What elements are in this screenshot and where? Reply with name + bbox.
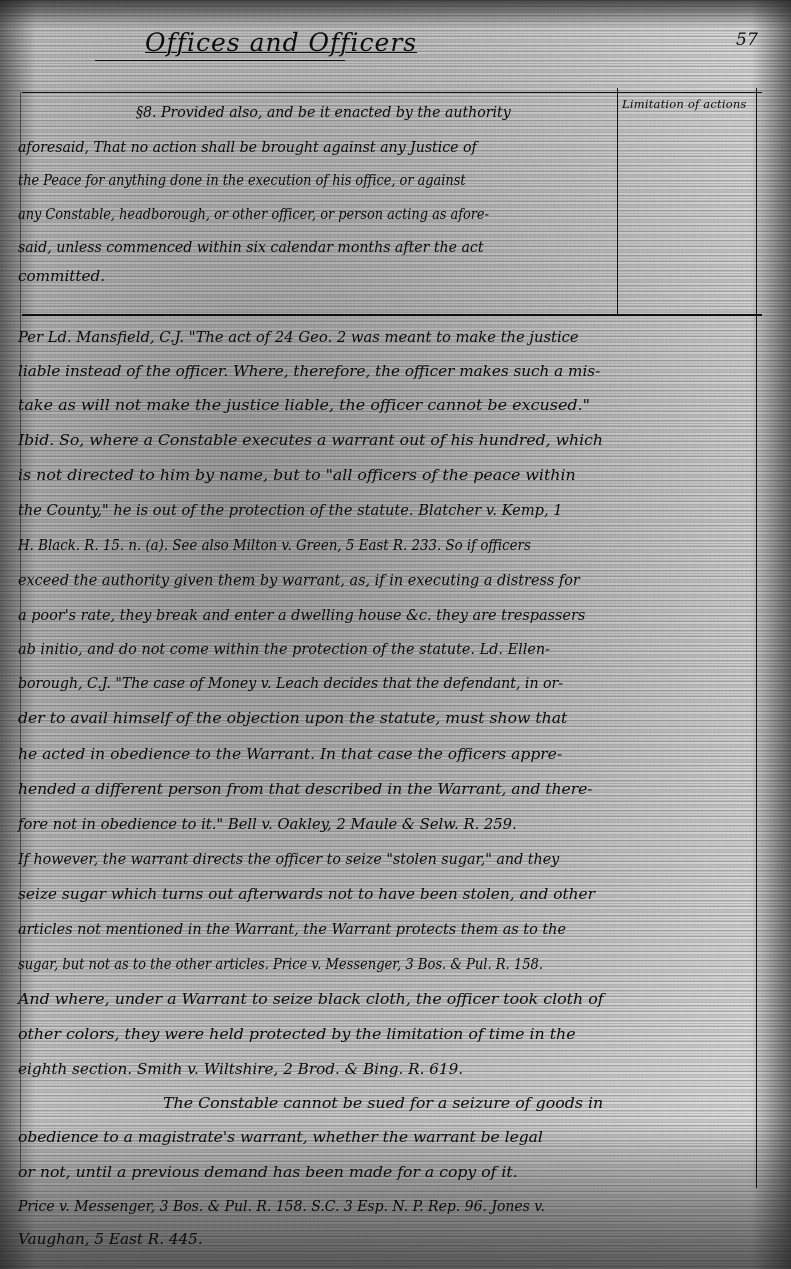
- commentary-line: Vaughan, 5 East R. 445.: [18, 1229, 203, 1249]
- statute-line: §8. Provided also, and be it enacted by …: [136, 102, 511, 122]
- commentary-line: borough, C.J. "The case of Money v. Leac…: [18, 673, 563, 693]
- top-rule: [22, 92, 762, 93]
- commentary-line: And where, under a Warrant to seize blac…: [18, 989, 604, 1009]
- statute-section-bottom-rule: [22, 314, 762, 316]
- commentary-line: If however, the warrant directs the offi…: [18, 849, 559, 869]
- scan-shadow-right: [751, 0, 791, 1269]
- commentary-line: the County," he is out of the protection…: [18, 500, 563, 520]
- statute-line: the Peace for anything done in the execu…: [18, 170, 466, 190]
- commentary-line: is not directed to him by name, but to "…: [18, 465, 576, 485]
- title-underline-rule: [95, 60, 345, 61]
- margin-note: Limitation of actions: [622, 97, 747, 111]
- commentary-line: exceed the authority given them by warra…: [18, 570, 580, 590]
- commentary-line: der to avail himself of the objection up…: [18, 708, 567, 728]
- commentary-line: fore not in obedience to it." Bell v. Oa…: [18, 814, 517, 834]
- commentary-line: or not, until a previous demand has been…: [18, 1162, 518, 1182]
- commentary-line: H. Black. R. 15. n. (a). See also Milton…: [18, 535, 531, 555]
- commentary-line: eighth section. Smith v. Wiltshire, 2 Br…: [18, 1059, 463, 1079]
- statute-line: aforesaid, That no action shall be broug…: [18, 137, 477, 157]
- commentary-line: obedience to a magistrate's warrant, whe…: [18, 1127, 543, 1147]
- commentary-line: a poor's rate, they break and enter a dw…: [18, 605, 585, 625]
- commentary-line: take as will not make the justice liable…: [18, 395, 590, 415]
- page-title: Offices and Officers: [145, 28, 417, 57]
- commentary-line: Price v. Messenger, 3 Bos. & Pul. R. 158…: [18, 1196, 545, 1216]
- commentary-line: Ibid. So, where a Constable executes a w…: [18, 430, 603, 450]
- statute-line: any Constable, headborough, or other off…: [18, 204, 489, 224]
- commentary-line: sugar, but not as to the other articles.…: [18, 954, 543, 974]
- commentary-line: liable instead of the officer. Where, th…: [18, 361, 600, 381]
- commentary-line: ab initio, and do not come within the pr…: [18, 639, 550, 659]
- page-number: 57: [736, 30, 758, 50]
- scan-shadow-top: [0, 0, 791, 28]
- statute-line: said, unless commenced within six calend…: [18, 237, 483, 257]
- commentary-line: seize sugar which turns out afterwards n…: [18, 884, 595, 904]
- commentary-line: he acted in obedience to the Warrant. In…: [18, 744, 562, 764]
- statute-line: committed.: [18, 266, 105, 286]
- margin-column-rule-left: [617, 88, 618, 316]
- commentary-line: other colors, they were held protected b…: [18, 1024, 576, 1044]
- commentary-line: Per Ld. Mansfield, C.J. "The act of 24 G…: [18, 327, 579, 347]
- manuscript-page: Offices and Officers 57 Limitation of ac…: [0, 0, 791, 1269]
- commentary-line: articles not mentioned in the Warrant, t…: [18, 919, 566, 939]
- margin-column-rule-right: [756, 88, 757, 1188]
- commentary-line: The Constable cannot be sued for a seizu…: [163, 1093, 603, 1113]
- commentary-line: hended a different person from that desc…: [18, 779, 593, 799]
